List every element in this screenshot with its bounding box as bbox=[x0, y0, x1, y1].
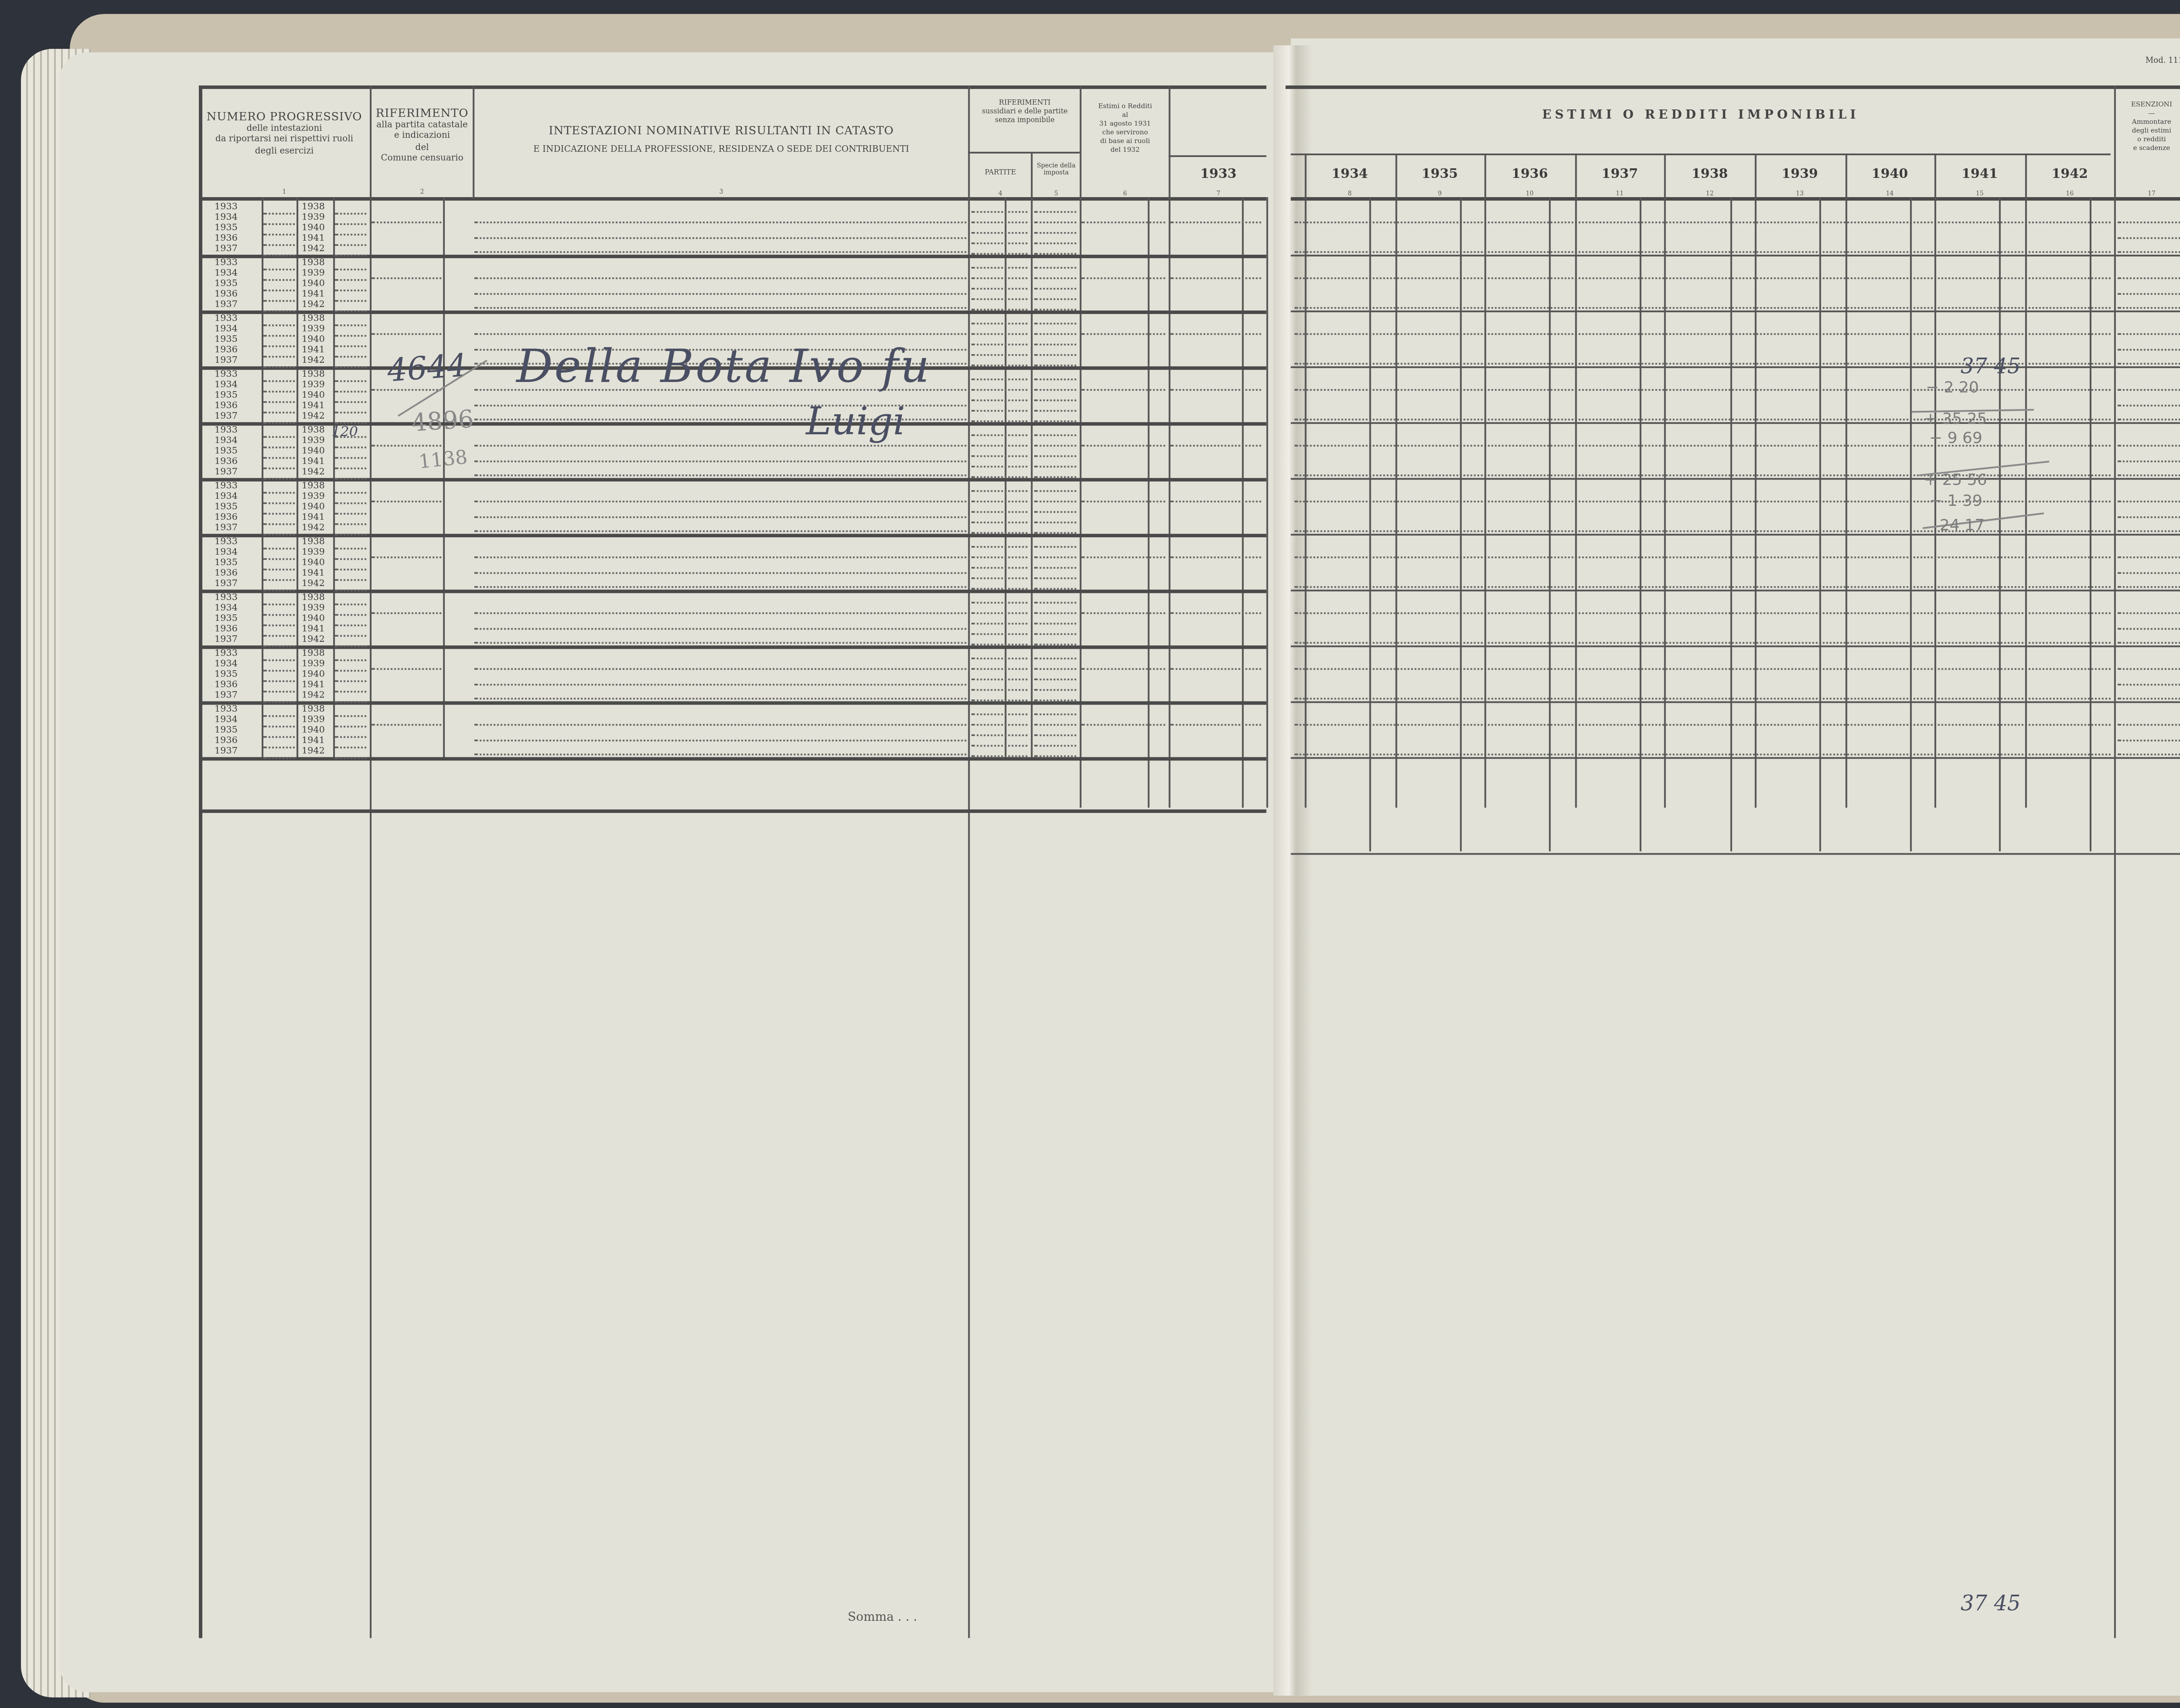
year-label: 1935 bbox=[215, 223, 238, 234]
year-label: 1942 bbox=[302, 244, 325, 255]
intestazione-name: Della Bota Ivo fu bbox=[516, 342, 931, 394]
ledger-spread: Mod. 111 - Imposte Dirette (Intercalare)… bbox=[0, 0, 2180, 1707]
year-label: 1936 bbox=[215, 401, 238, 412]
year-label: 1940 bbox=[302, 502, 325, 513]
year-label: 1940 bbox=[302, 335, 325, 345]
year-label: 1935 bbox=[215, 391, 238, 401]
year-label: 1937 bbox=[215, 523, 238, 534]
year-label: 1935 bbox=[215, 670, 238, 680]
column-number-10: 10 bbox=[1485, 190, 1574, 197]
year-label: 1939 bbox=[302, 324, 325, 335]
year-label: 1937 bbox=[215, 300, 238, 310]
year-label: 1939 bbox=[302, 715, 325, 726]
year-label: 1942 bbox=[302, 356, 325, 366]
year-label: 1936 bbox=[215, 736, 238, 747]
column-number-17: 17 bbox=[2116, 190, 2180, 197]
year-label: 1937 bbox=[215, 691, 238, 701]
year-label: 1938 bbox=[302, 649, 325, 659]
year-label: 1936 bbox=[215, 234, 238, 244]
year-label: 1936 bbox=[215, 513, 238, 523]
year-label: 1938 bbox=[302, 537, 325, 548]
column-number-2: 2 bbox=[371, 188, 473, 195]
year-label: 1933 bbox=[215, 426, 238, 436]
year-label: 1941 bbox=[302, 290, 325, 300]
year-label: 1934 bbox=[215, 548, 238, 558]
year-label: 1936 bbox=[215, 624, 238, 635]
header-year-1942: 1942 bbox=[2025, 166, 2115, 181]
year-label: 1941 bbox=[302, 624, 325, 635]
year-label: 1935 bbox=[215, 558, 238, 569]
header-estimi-imponibili: ESTIMI O REDDITI IMPONIBILI bbox=[1291, 110, 2111, 121]
year-label: 1936 bbox=[215, 457, 238, 467]
column-number-1: 1 bbox=[201, 188, 368, 195]
header-year-1936: 1936 bbox=[1485, 166, 1574, 181]
year-label: 1933 bbox=[215, 537, 238, 548]
year-label: 1935 bbox=[215, 726, 238, 736]
year-label: 1938 bbox=[302, 705, 325, 715]
year-label: 1939 bbox=[302, 213, 325, 223]
year-label: 1933 bbox=[215, 705, 238, 715]
column-number-4: 4 bbox=[970, 190, 1031, 197]
year-label: 1941 bbox=[302, 234, 325, 244]
year-label: 1937 bbox=[215, 635, 238, 645]
year-label: 1936 bbox=[215, 345, 238, 356]
year-label: 1934 bbox=[215, 436, 238, 447]
year-label: 1942 bbox=[302, 635, 325, 645]
column-number-13: 13 bbox=[1755, 190, 1845, 197]
header-year-1939: 1939 bbox=[1755, 166, 1845, 181]
year-label: 1934 bbox=[215, 715, 238, 726]
year-label: 1933 bbox=[215, 370, 238, 380]
calc-line-2: − 2 20 bbox=[1926, 380, 1979, 398]
year-label: 1934 bbox=[215, 603, 238, 614]
year-label: 1937 bbox=[215, 412, 238, 422]
year-label: 1942 bbox=[302, 579, 325, 590]
year-label: 1942 bbox=[302, 412, 325, 422]
header-riferimento: RIFERIMENTO alla partita catastale e ind… bbox=[371, 108, 473, 165]
year-label: 1935 bbox=[215, 335, 238, 345]
year-label: 1942 bbox=[302, 467, 325, 478]
year-label: 1937 bbox=[215, 467, 238, 478]
year-label: 1941 bbox=[302, 569, 325, 579]
year-label: 1938 bbox=[302, 481, 325, 492]
year-label: 1933 bbox=[215, 481, 238, 492]
calc-line-5: + 25 56 bbox=[1924, 473, 1987, 490]
year-label: 1940 bbox=[302, 726, 325, 736]
year-label: 1938 bbox=[302, 426, 325, 436]
column-number-15: 15 bbox=[1935, 190, 2025, 197]
year-label: 1934 bbox=[215, 213, 238, 223]
header-partite: PARTITE bbox=[970, 167, 1031, 179]
year-label: 1942 bbox=[302, 523, 325, 534]
year-label: 1941 bbox=[302, 401, 325, 412]
year-label: 1940 bbox=[302, 670, 325, 680]
year-label: 1934 bbox=[215, 380, 238, 391]
column-number-16: 16 bbox=[2025, 190, 2115, 197]
year-label: 1941 bbox=[302, 680, 325, 691]
riferimento-partita: 4644 bbox=[386, 348, 468, 390]
header-intestazioni: INTESTAZIONI NOMINATIVE RISULTANTI IN CA… bbox=[474, 126, 968, 155]
year-label: 1934 bbox=[215, 269, 238, 279]
year-label: 1937 bbox=[215, 356, 238, 366]
year-label: 1939 bbox=[302, 492, 325, 502]
header-year-1941: 1941 bbox=[1935, 166, 2025, 181]
year-label: 1941 bbox=[302, 345, 325, 356]
column-number-7: 7 bbox=[1170, 190, 1266, 197]
header-year-1933: 1933 bbox=[1170, 166, 1266, 181]
year-label: 1933 bbox=[215, 202, 238, 213]
riferimento-partita-2: 4896 bbox=[411, 406, 475, 438]
year-label: 1937 bbox=[215, 747, 238, 757]
year-label: 1935 bbox=[215, 502, 238, 513]
calc-line-7: 24 17 bbox=[1940, 518, 1985, 535]
year-label: 1933 bbox=[215, 649, 238, 659]
header-riferimenti-sussidiari: RIFERIMENTI sussidiari e delle partite s… bbox=[970, 98, 1080, 124]
year-label: 1938 bbox=[302, 258, 325, 269]
header-esenzioni: ESENZIONI — Ammontare degli estimi o red… bbox=[2116, 99, 2180, 152]
year-label: 1941 bbox=[302, 457, 325, 467]
calc-line-4: − 9 69 bbox=[1929, 431, 1982, 448]
calc-line-3: + 35 25 bbox=[1924, 412, 1987, 429]
year-label: 1939 bbox=[302, 603, 325, 614]
intestazione-father-name: Luigi bbox=[806, 401, 905, 445]
column-number-12: 12 bbox=[1665, 190, 1754, 197]
year-label: 1940 bbox=[302, 391, 325, 401]
year-label: 1940 bbox=[302, 614, 325, 624]
year-label: 1934 bbox=[215, 324, 238, 335]
left-page bbox=[59, 52, 1287, 1692]
column-number-6: 6 bbox=[1081, 190, 1168, 197]
numero-mark: 120 bbox=[331, 424, 358, 440]
year-label: 1937 bbox=[215, 244, 238, 255]
year-label: 1940 bbox=[302, 223, 325, 234]
header-numero-progressivo: NUMERO PROGRESSIVO delle intestazioni da… bbox=[201, 112, 368, 157]
year-label: 1938 bbox=[302, 370, 325, 380]
year-label: 1941 bbox=[302, 513, 325, 523]
header-year-1935: 1935 bbox=[1395, 166, 1485, 181]
year-label: 1939 bbox=[302, 548, 325, 558]
year-label: 1935 bbox=[215, 447, 238, 457]
year-label: 1935 bbox=[215, 279, 238, 290]
year-label: 1939 bbox=[302, 659, 325, 670]
year-label: 1940 bbox=[302, 447, 325, 457]
column-number-3: 3 bbox=[474, 188, 968, 195]
header-specie-imposta: Specie della imposta bbox=[1032, 162, 1080, 176]
year-label: 1933 bbox=[215, 593, 238, 603]
somma-label: Somma . . . bbox=[848, 1610, 917, 1624]
somma-1941-value: 37 45 bbox=[1961, 1591, 2020, 1616]
calc-line-6: − 1 39 bbox=[1929, 494, 1982, 511]
year-label: 1934 bbox=[215, 492, 238, 502]
year-label: 1937 bbox=[215, 579, 238, 590]
column-number-8: 8 bbox=[1305, 190, 1395, 197]
year-label: 1942 bbox=[302, 747, 325, 757]
column-number-11: 11 bbox=[1575, 190, 1665, 197]
year-label: 1938 bbox=[302, 202, 325, 213]
year-label: 1941 bbox=[302, 736, 325, 747]
year-label: 1939 bbox=[302, 269, 325, 279]
header-year-1934: 1934 bbox=[1305, 166, 1395, 181]
form-title: Mod. 111 - Imposte Dirette (Intercalare)… bbox=[2146, 58, 2180, 66]
year-label: 1936 bbox=[215, 290, 238, 300]
year-label: 1934 bbox=[215, 659, 238, 670]
year-label: 1938 bbox=[302, 314, 325, 324]
header-estimi-1931: Estimi o Redditi al 31 agosto 1931 che s… bbox=[1081, 101, 1168, 153]
year-label: 1933 bbox=[215, 314, 238, 324]
year-label: 1935 bbox=[215, 614, 238, 624]
year-label: 1936 bbox=[215, 680, 238, 691]
year-label: 1940 bbox=[302, 558, 325, 569]
header-year-1937: 1937 bbox=[1575, 166, 1665, 181]
calc-line-1: 37 45 bbox=[1961, 354, 2020, 378]
year-label: 1936 bbox=[215, 569, 238, 579]
right-page bbox=[1291, 38, 2180, 1696]
year-label: 1942 bbox=[302, 300, 325, 310]
year-label: 1942 bbox=[302, 691, 325, 701]
column-number-5: 5 bbox=[1032, 190, 1080, 197]
year-label: 1940 bbox=[302, 279, 325, 290]
header-year-1940: 1940 bbox=[1845, 166, 1935, 181]
year-label: 1939 bbox=[302, 436, 325, 447]
column-number-14: 14 bbox=[1845, 190, 1935, 197]
year-label: 1933 bbox=[215, 258, 238, 269]
header-year-1938: 1938 bbox=[1665, 166, 1754, 181]
column-number-9: 9 bbox=[1395, 190, 1485, 197]
year-label: 1939 bbox=[302, 380, 325, 391]
year-label: 1938 bbox=[302, 593, 325, 603]
